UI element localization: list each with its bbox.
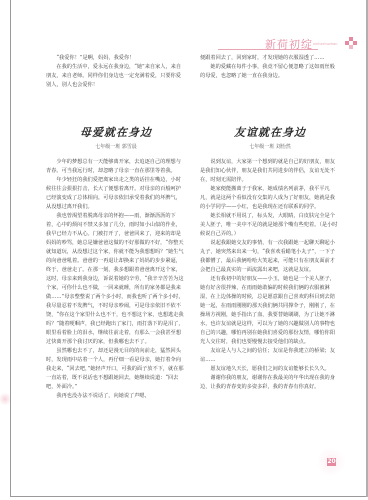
paragraph: 在我的生活中，爱永远在我身边，“她”来自家人，来自朋友，来自老师。同样你们身边也… [46,63,184,90]
paragraph: 虽然哪也去不了，却还是漫无目的的向前走，猛然回头时，发现雨中站着一个人，再仔细一… [46,347,186,392]
paragraph: 她家便能搬离于于我家，她成绩名列前茅，我平平凡凡，就是这两个看似没有交集的人成为… [200,185,340,212]
paragraph: 我也曾渴望着脱离母亲的怀抱——雨，渐渐沥沥的下着，心中的烦闷不禁又多加了几分，雨… [46,212,186,347]
paragraph: 她的爱藏在每件小事，我竟不留心便忽略了这如雨丝般的母爱，也忽略了她一直在我身边。 [200,63,340,81]
paragraph: 说起我跟她交友的事情，有一次我跟她一起聊天聊起小丸子，她突然来出来一句，“我喜欢… [200,239,340,275]
paragraph: 年少轻狂的我们爱把离家出走之类的话挂在嘴边，小时候往往会狠狠打击，长大了便想着离… [46,176,186,212]
paragraph: 还有我初中的好朋友——小玉，她也是一个美人胚子，她有好舍很拌辣，在雨雨她敢偏的时… [200,275,340,347]
paragraph: 友谊是人与人之间的信任；友谊是你我建立的桥梁；友谊…… [200,347,340,365]
essay-author: 七年级一班 刘怡然 [200,143,340,150]
section-subtitle: xinhechuzhan [313,42,337,46]
essay-body: 说到友谊，大家第一个想到的就是自己的好朋友，朋友是我们知心伙伴，朋友是我们共同进… [200,158,340,392]
flower-deco-icon [345,37,357,49]
essay-friendship: 友谊就在身边 七年级一班 刘怡然 说到友谊，大家第一个想到的就是自己的好朋友，朋… [200,124,340,392]
section-title: 新荷初绽 [265,36,313,52]
paragraph: 她长相就不用说了，标头发，大眼睛，白皮肤完全是个美人胚子，唯一美中不足的就是她那… [200,212,340,239]
side-decoration [0,392,10,406]
essay-author: 七年级一班 郭雪晨 [46,143,186,150]
section-header: 新荷初绽 xinhechuzhan [218,36,358,52]
essay-title: 友谊就在身边 [200,124,340,140]
continued-text-right: 便跟着回去了，回到家时，才发现她的衣服湿透了…… 她的爱藏在每件小事，我竟不留心… [200,54,340,81]
page-number: 20 [327,458,336,466]
continued-text-left: “我爱你！”是啊，妈妈，我爱你！ 在我的生活中，爱永远在我身边，“她”来自家人，… [46,54,184,90]
essay-body: 少年的梦想总有一天能够离开家，去追逐自己的理想与青春。可当我远行时，却忽略了母亲… [46,158,186,401]
paragraph: 便跟着回去了，回到家时，才发现她的衣服湿透了…… [200,54,340,63]
paragraph: 谢谢你我的朋友，谢谢你在我最美的年华出现在我的身边，让我的青春变的多姿多彩，我的… [200,374,340,392]
paragraph: 我再也没办法不说话了，向她说了声嗯， [46,392,186,401]
essay-title: 母爱就在身边 [46,124,186,140]
paragraph: 说到友谊，大家第一个想到的就是自己的好朋友，朋友是我们知心伙伴，朋友是我们共同进… [200,158,340,185]
essay-mother-love: 母爱就在身边 七年级一班 郭雪晨 少年的梦想总有一天能够离开家，去追逐自己的理想… [46,124,186,401]
paragraph: 少年的梦想总有一天能够离开家，去追逐自己的理想与青春。可当我远行时，却忽略了母亲… [46,158,186,176]
paragraph: “我爱你！”是啊，妈妈，我爱你！ [46,54,184,63]
paragraph: 愿友谊地久天长，愿我们之间的友谊能够长长久久。 [200,365,340,374]
